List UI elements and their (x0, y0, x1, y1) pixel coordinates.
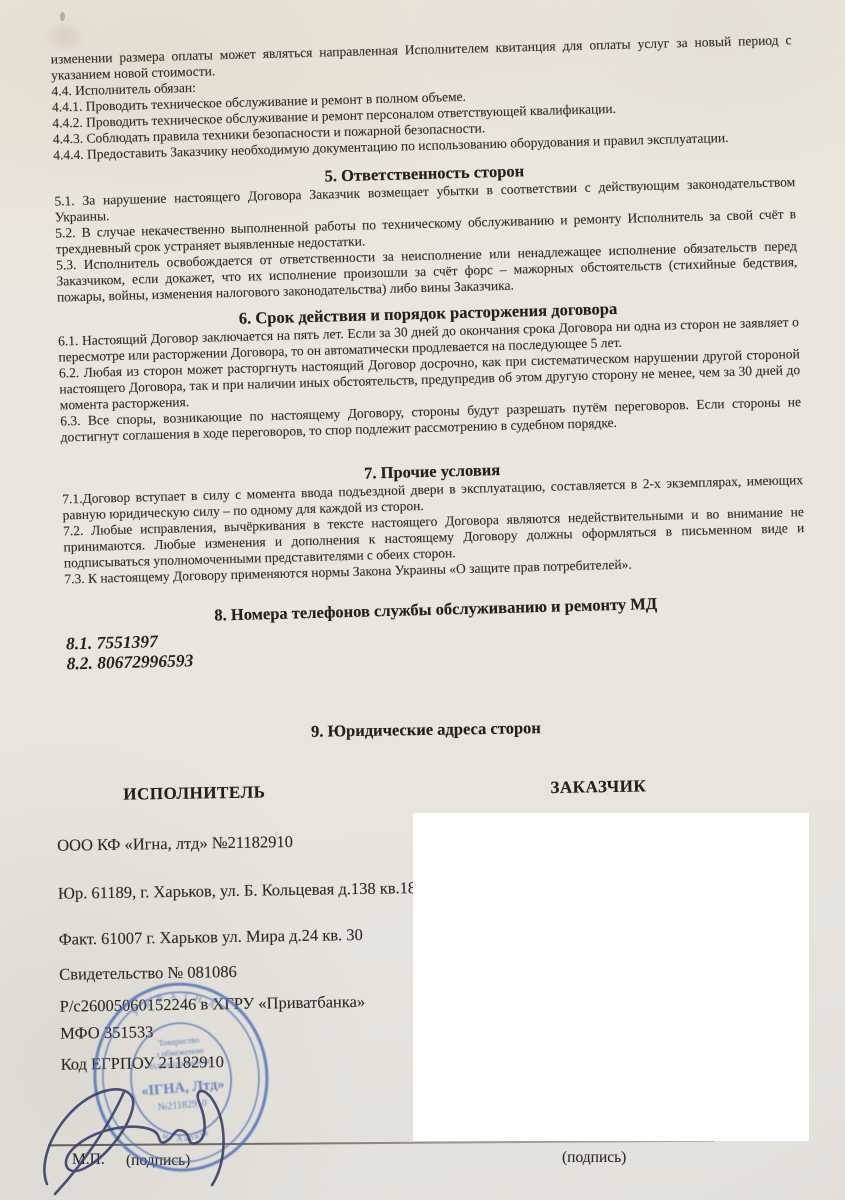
customer-heading: ЗАКАЗЧИК (498, 776, 698, 799)
handwritten-signature (35, 1072, 355, 1198)
executor-heading: ИСПОЛНИТЕЛЬ (94, 782, 294, 805)
document-photo: изменении размера оплаты может являться … (0, 0, 845, 1200)
section-9-title: 9. Юридические адреса сторон (55, 714, 796, 746)
contract-page: изменении размера оплаты может являться … (0, 0, 845, 1200)
contract-upper-block: изменении размера оплаты может являться … (0, 0, 845, 675)
parties-row: ИСПОЛНИТЕЛЬ ЗАКАЗЧИК (56, 774, 797, 806)
redaction-box (413, 813, 809, 1141)
signature-caption-right: (подпись) (562, 1149, 626, 1167)
